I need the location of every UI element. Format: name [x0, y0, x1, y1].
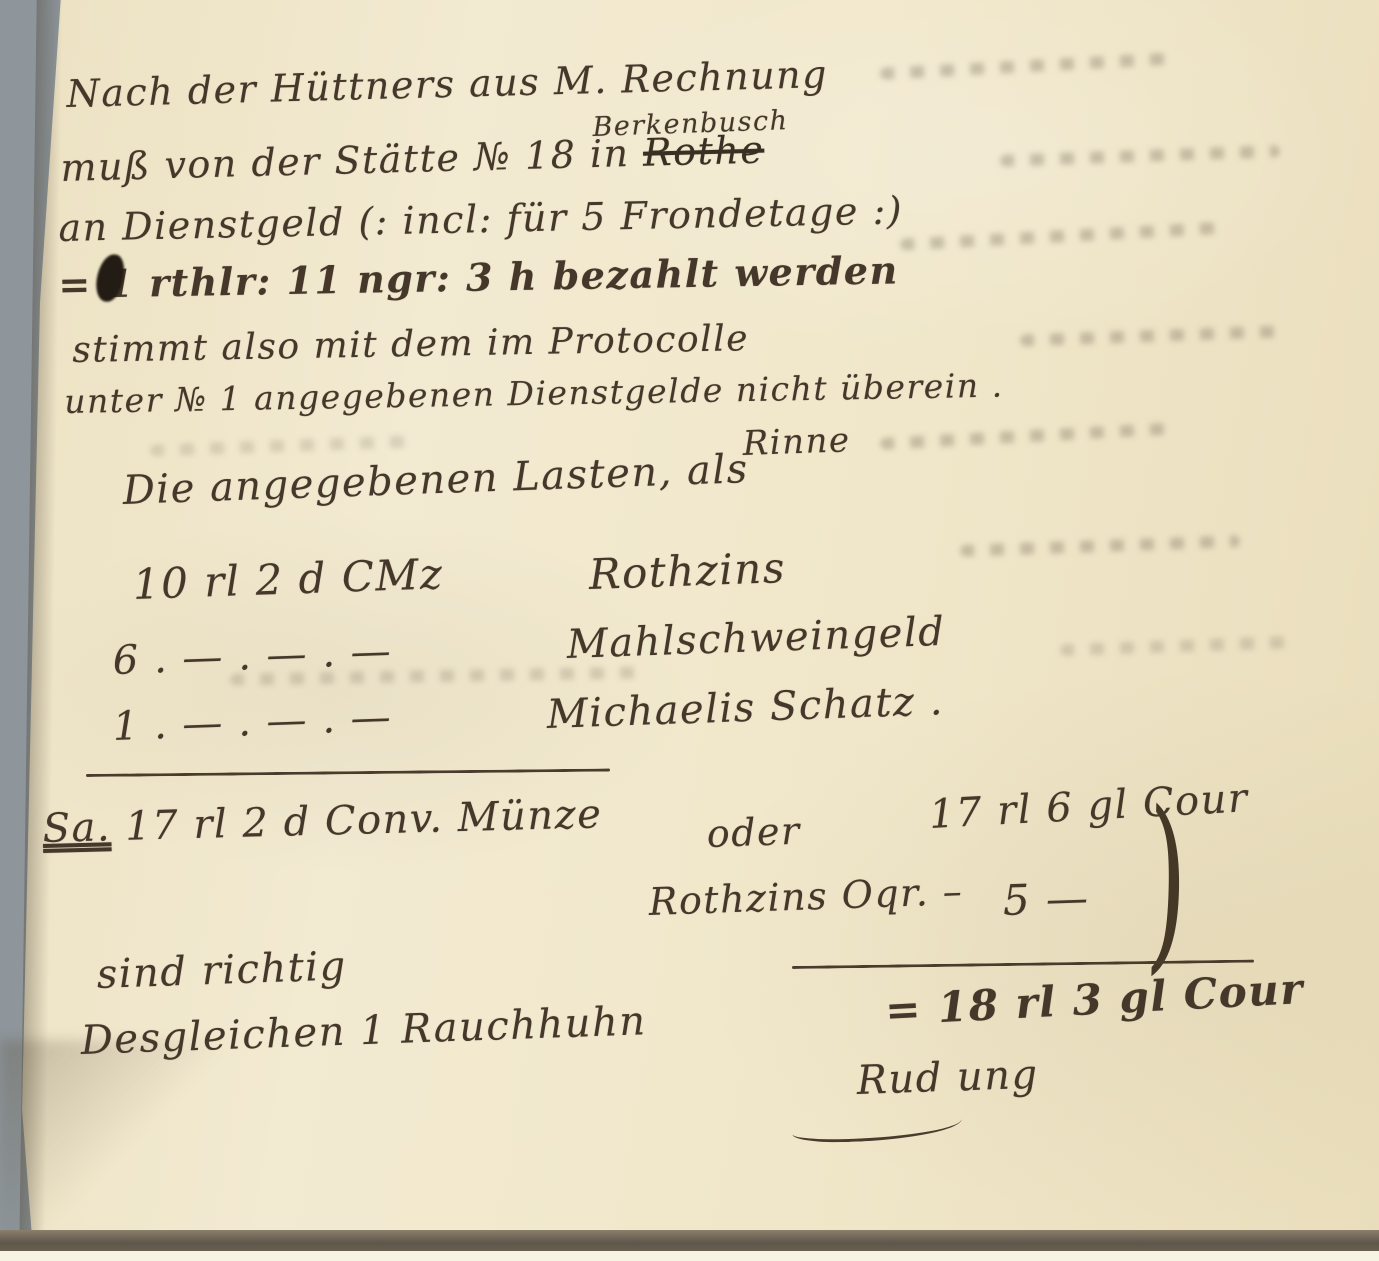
- signature: Rud ung: [856, 1052, 1039, 1104]
- struck-out-word: Rothe: [642, 128, 764, 175]
- rothzins-value: 5 —: [1002, 873, 1090, 925]
- sum-prefix: Sa.: [42, 804, 112, 852]
- list-row-amount: 1 . — . — . —: [112, 694, 393, 750]
- bottom-left-crease: [0, 1040, 230, 1240]
- page-bottom-edge: [0, 1230, 1379, 1252]
- annotation-rinne: Rinne: [742, 420, 851, 464]
- list-row-amount: 6 . — . — . —: [112, 628, 393, 684]
- scan-background-strip: [0, 1251, 1379, 1261]
- sum-oder: oder: [706, 809, 801, 856]
- list-row-item: Rothzins: [588, 543, 787, 599]
- verification-note: sind richtig: [96, 943, 347, 998]
